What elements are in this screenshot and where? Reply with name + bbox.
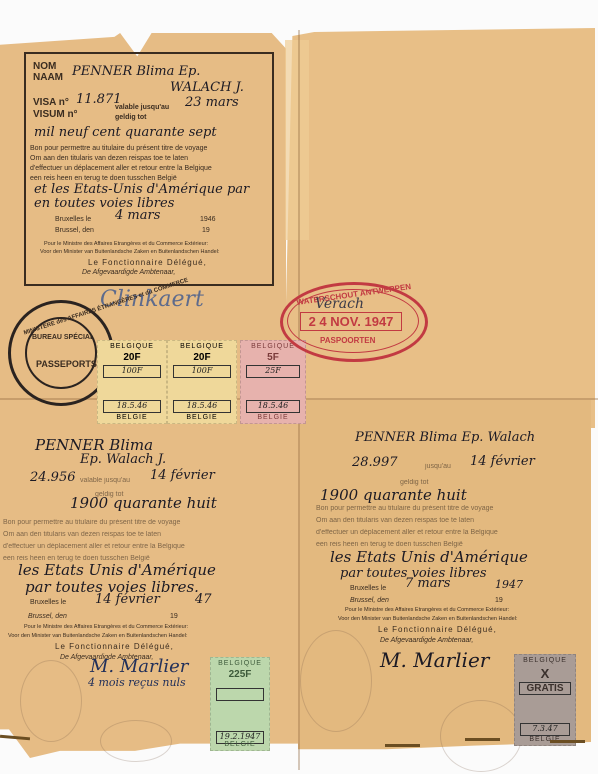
bl-ministry-fr: Pour le Ministre des Affaires Etrangères… — [24, 623, 188, 632]
br-year-nl: 19 — [495, 596, 503, 605]
faint-stamp-3 — [300, 630, 372, 732]
bl-official-fr: Le Fonctionnaire Délégué, — [55, 642, 174, 651]
official-nl: De Afgevaardigde Ambtenaar, — [82, 268, 175, 277]
issue-date: 4 mars — [115, 208, 160, 223]
bl-valable: valable jusqu'au — [80, 476, 130, 485]
bl-printed-fr2: d'effectuer un déplacement aller et reto… — [3, 542, 185, 551]
faint-stamp-2 — [100, 720, 172, 762]
bl-year-text: 1900 quarante huit — [70, 494, 217, 512]
place-date-nl: Brussel, den — [55, 226, 94, 235]
bl-destination-line1: les Etats Unis d'Amérique — [18, 561, 216, 579]
issue-year: 1946 — [200, 215, 216, 224]
staple-3 — [465, 738, 500, 741]
valid-until: 23 mars — [185, 95, 239, 110]
br-destination-line1: les Etats Unis d'Amérique — [330, 548, 528, 566]
bl-name-line2: Ep. Walach J. — [80, 452, 166, 467]
year-text: mil neuf cent quarante sept — [34, 125, 217, 140]
br-ministry-fr: Pour le Ministre des Affaires Etrangères… — [345, 606, 509, 615]
bl-visa-number: 24.956 — [30, 470, 76, 485]
bl-printed-fr: Bon pour permettre au titulaire du prése… — [3, 518, 180, 527]
bl-ministry-nl: Voor den Minister van Buitenlandsche Zak… — [8, 632, 187, 641]
br-place-date-nl: Brussel, den — [350, 596, 389, 605]
br-year-text: 1900 quarante huit — [320, 486, 467, 504]
ministry-nl: Voor den Minister van Buitenlandsche Zak… — [40, 248, 219, 257]
br-issue-date: 7 mars — [405, 576, 450, 591]
printed-text-fr2: d'effectuer un déplacement aller et reto… — [30, 164, 212, 173]
geldig-label: geldig tot — [115, 113, 147, 122]
bl-signature: M. Marlier — [90, 656, 188, 677]
waterschout-signature: Verach — [315, 296, 364, 312]
ministry-stamp-passeports: PASSEPORTS — [36, 360, 97, 369]
br-ministry-nl: Voor den Minister van Buitenlandsche Zak… — [338, 615, 517, 624]
bl-issue-date: 14 février — [95, 592, 160, 607]
br-valid-until: 14 février — [470, 454, 535, 469]
place-date-fr: Bruxelles le — [55, 215, 91, 224]
br-name: PENNER Blima Ep. Walach — [355, 430, 535, 445]
bl-year-nl: 19 — [170, 612, 178, 621]
printed-text-fr: Bon pour permettre au titulaire du prése… — [30, 144, 207, 153]
br-valable: jusqu'au — [425, 462, 451, 471]
br-issue-year: 1947 — [495, 578, 523, 591]
bl-note: 4 mois reçus nuls — [88, 676, 186, 689]
visa-label: VISA n° — [33, 98, 69, 107]
staple-2 — [385, 744, 420, 747]
nom-label: NOM — [33, 62, 56, 71]
br-printed-fr2: d'effectuer un déplacement aller et reto… — [316, 528, 498, 537]
bl-place-date-nl: Brussel, den — [28, 612, 67, 621]
official-fr: Le Fonctionnaire Délégué, — [88, 258, 207, 267]
visum-label: VISUM n° — [33, 110, 78, 119]
naam-label: NAAM — [33, 73, 63, 82]
gratis-stamp: BELGIQUE X GRATIS 7.3.47 BELGIE — [514, 654, 576, 746]
name-handwritten: PENNER Blima Ep. — [72, 64, 200, 79]
ministry-stamp-bureau: BUREAU SPÉCIAL — [32, 333, 94, 342]
fiscal-stamp-225f: BELGIQUE 225F 19.2.1947 BELGIE — [210, 657, 270, 751]
br-printed-nl: Om aan den titularis van dezen reispas t… — [316, 516, 474, 525]
br-official-fr: Le Fonctionnaire Délégué, — [378, 625, 497, 634]
br-official-nl: De Afgevaardigde Ambtenaar, — [380, 636, 473, 645]
bl-issue-year: 47 — [195, 592, 212, 607]
br-signature: M. Marlier — [380, 648, 489, 672]
fiscal-stamp-20f-2: BELGIQUE 20F 100F 18.5.46 BELGIE — [167, 340, 237, 424]
bl-printed-nl: Om aan den titularis van dezen reispas t… — [3, 530, 161, 539]
adhesive-tape — [285, 40, 309, 240]
destination-line1: et les Etats-Unis d'Amérique par — [34, 182, 249, 197]
br-place-date-fr: Bruxelles le — [350, 584, 386, 593]
faint-stamp-4 — [440, 700, 522, 772]
year-nl: 19 — [202, 226, 210, 235]
bl-valid-until: 14 février — [150, 468, 215, 483]
valable-label: valable jusqu'au — [115, 103, 169, 112]
br-printed-fr: Bon pour permettre au titulaire du prése… — [316, 504, 493, 513]
page-top-right — [283, 28, 595, 428]
faint-stamp-1 — [20, 660, 82, 742]
staple-4 — [550, 740, 585, 743]
br-visa-number: 28.997 — [352, 455, 398, 470]
fiscal-stamp-5f: BELGIQUE 5F 25F 18.5.46 BELGIE — [240, 340, 306, 424]
printed-text-nl: Om aan den titularis van dezen reispas t… — [30, 154, 188, 163]
waterschout-stamp-bottom: PASPOORTEN — [320, 336, 375, 345]
waterschout-stamp-date: 2 4 NOV. 1947 — [300, 312, 402, 331]
name-handwritten-2: WALACH J. — [170, 80, 244, 95]
bl-place-date-fr: Bruxelles le — [30, 598, 66, 607]
fiscal-stamp-20f-1: BELGIQUE 20F 100F 18.5.46 BELGIE — [97, 340, 167, 424]
